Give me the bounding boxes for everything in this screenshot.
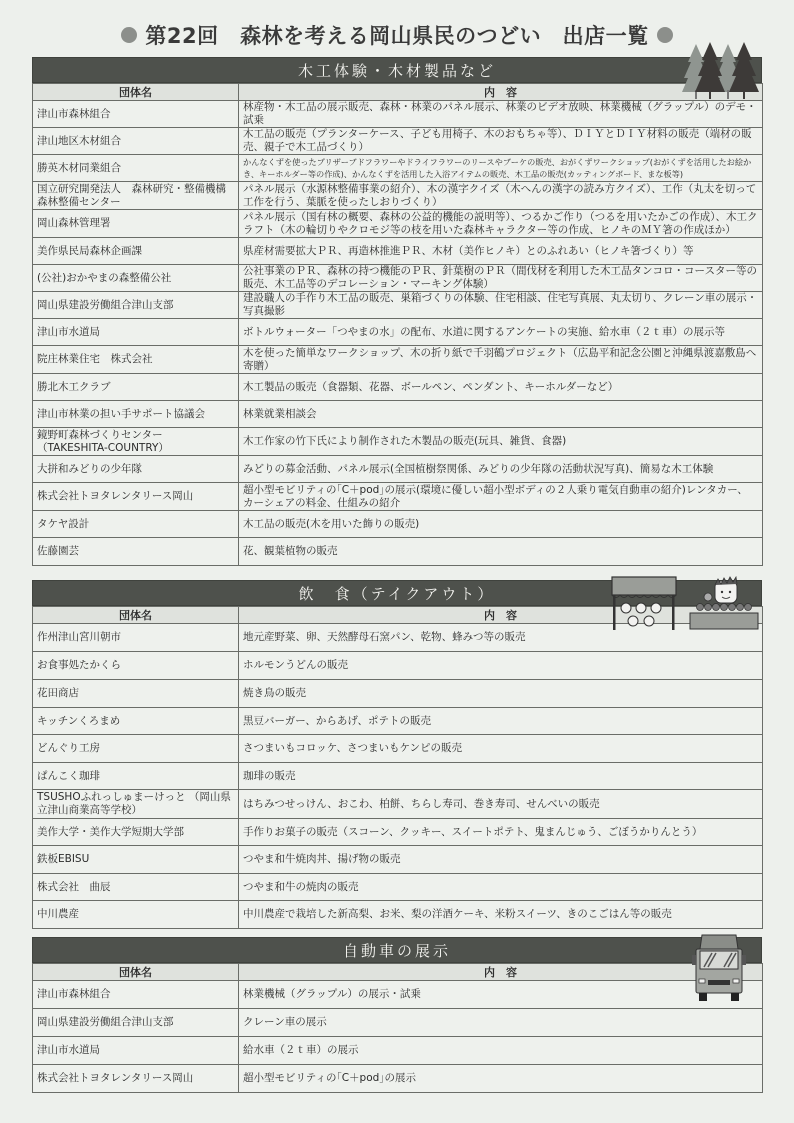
- column-header-content: 内 容: [239, 964, 763, 981]
- exhibitor-content: パネル展示（水源林整備事業の紹介）、木の漢字クイズ（木へんの漢字の読み方クイズ）…: [239, 182, 763, 210]
- trees-illustration: [680, 42, 760, 100]
- exhibitor-table: 団体名 内 容 作州津山宮川朝市地元産野菜、卵、天然酵母石窯パン、乾物、蜂みつ等…: [32, 606, 763, 929]
- table-row: 津山市水道局ボトルウォーター「つやまの水」の配布、水道に関するアンケートの実施、…: [33, 319, 763, 346]
- exhibitor-content: ホルモンうどんの販売: [239, 652, 763, 680]
- exhibitor-content: ボトルウォーター「つやまの水」の配布、水道に関するアンケートの実施、給水車（２ｔ…: [239, 319, 763, 346]
- exhibitor-content: 林産物・木工品の展示販売、森林・林業のパネル展示、林業のビデオ放映、林業機械（グ…: [239, 101, 763, 128]
- table-row: 津山地区木材組合木工品の販売（プランターケース、子ども用椅子、木のおもちゃ等）、…: [33, 128, 763, 155]
- exhibitor-name: 津山市水道局: [33, 319, 239, 346]
- exhibitor-content: つやま和牛焼肉丼、揚げ物の販売: [239, 846, 763, 874]
- table-row: 株式会社 曲辰つやま和牛の焼肉の販売: [33, 874, 763, 901]
- section-vehicle-exhibit: 自動車の展示 団体名 内 容 津山市森林組合林業機械（グラップル）の展示・試乗 …: [32, 937, 762, 1093]
- table-row: 美作大学・美作大学短期大学部手作りお菓子の販売（スコーン、クッキー、スイートポテ…: [33, 819, 763, 846]
- exhibitor-content: 花、観葉植物の販売: [239, 538, 763, 566]
- table-row: 院庄林業住宅 株式会社木を使った簡単なワークショップ、木の折り紙で千羽鶴プロジェ…: [33, 346, 763, 374]
- exhibitor-content: 超小型モビリティの｢C＋pod｣の展示(環境に優しい超小型ボディの２人乗り電気自…: [239, 483, 763, 511]
- exhibitor-name: 株式会社トヨタレンタリース岡山: [33, 483, 239, 511]
- exhibitor-name: どんぐり工房: [33, 735, 239, 763]
- section-heading: 木工体験・木材製品など: [32, 57, 762, 83]
- truck-illustration: [692, 933, 750, 1003]
- exhibitor-content: 給水車（２ｔ車）の展示: [239, 1037, 763, 1065]
- exhibitor-name: 美作県民局森林企画課: [33, 238, 239, 265]
- exhibitor-content: つやま和牛の焼肉の販売: [239, 874, 763, 901]
- exhibitor-content: 木工作家の竹下氏により制作された木製品の販売(玩具、雑貨、食器): [239, 428, 763, 456]
- exhibitor-content: 手作りお菓子の販売（スコーン、クッキー、スイートポテト、鬼まんじゅう、ごぼうかり…: [239, 819, 763, 846]
- exhibitor-name: 勝北木工クラブ: [33, 374, 239, 401]
- exhibitor-content: 珈琲の販売: [239, 763, 763, 790]
- exhibitor-name: 津山地区木材組合: [33, 128, 239, 155]
- exhibitor-name: 津山市森林組合: [33, 981, 239, 1009]
- table-row: 株式会社トヨタレンタリース岡山超小型モビリティの｢C＋pod｣の展示: [33, 1065, 763, 1093]
- exhibitor-table: 団体名 内 容 津山市森林組合林業機械（グラップル）の展示・試乗 岡山県建設労働…: [32, 963, 763, 1093]
- exhibitor-name: 津山市林業の担い手サポート協議会: [33, 401, 239, 428]
- exhibitor-name: 花田商店: [33, 680, 239, 708]
- table-row: 津山市森林組合林産物・木工品の展示販売、森林・林業のパネル展示、林業のビデオ放映…: [33, 101, 763, 128]
- exhibitor-name: ぱんこく珈琲: [33, 763, 239, 790]
- table-row: 勝英木材同業組合かんなくずを使ったプリザーブドフラワーやドライフラワーのリースや…: [33, 155, 763, 182]
- table-row: 勝北木工クラブ木工製品の販売（食器類、花器、ボールペン、ペンダント、キーホルダー…: [33, 374, 763, 401]
- exhibitor-name: キッチンくろまめ: [33, 708, 239, 735]
- exhibitor-name: タケヤ設計: [33, 511, 239, 538]
- exhibitor-content: 黒豆バーガー、からあげ、ポテトの販売: [239, 708, 763, 735]
- exhibitor-content: 木工品の販売(木を用いた飾りの販売): [239, 511, 763, 538]
- exhibitor-content: 公社事業のＰＲ、森林の持つ機能のＰＲ、針葉樹のＰＲ（間伐材を利用した木工品タンコ…: [239, 265, 763, 292]
- exhibitor-content: さつまいもコロッケ、さつまいもケンピの販売: [239, 735, 763, 763]
- exhibitor-name: 岡山森林管理署: [33, 210, 239, 238]
- table-row: 鉄板EBISUつやま和牛焼肉丼、揚げ物の販売: [33, 846, 763, 874]
- exhibitor-content: 木を使った簡単なワークショップ、木の折り紙で千羽鶴プロジェクト（広島平和記念公園…: [239, 346, 763, 374]
- exhibitor-content: 木工品の販売（プランターケース、子ども用椅子、木のおもちゃ等）、ＤＩＹとＤＩＹ材…: [239, 128, 763, 155]
- table-row: 岡山県建設労働組合津山支部クレーン車の展示: [33, 1009, 763, 1037]
- exhibitor-name: お食事処たかくら: [33, 652, 239, 680]
- table-row: どんぐり工房さつまいもコロッケ、さつまいもケンピの販売: [33, 735, 763, 763]
- exhibitor-content: かんなくずを使ったプリザーブドフラワーやドライフラワーのリースやブーケの販売、お…: [239, 155, 763, 182]
- table-row: 花田商店焼き鳥の販売: [33, 680, 763, 708]
- table-row: お食事処たかくらホルモンうどんの販売: [33, 652, 763, 680]
- exhibitor-name: 中川農産: [33, 901, 239, 929]
- table-row: タケヤ設計木工品の販売(木を用いた飾りの販売): [33, 511, 763, 538]
- exhibitor-content: 林業就業相談会: [239, 401, 763, 428]
- exhibitor-name: 鉄板EBISU: [33, 846, 239, 874]
- table-row: TSUSHOふれっしゅまーけっと （岡山県立津山商業高等学校）はちみつせっけん、…: [33, 790, 763, 819]
- table-row: 鏡野町森林づくりセンター （TAKESHITA-COUNTRY）木工作家の竹下氏…: [33, 428, 763, 456]
- table-header-row: 団体名 内 容: [33, 964, 763, 981]
- exhibitor-name: 作州津山宮川朝市: [33, 624, 239, 652]
- table-row: キッチンくろまめ黒豆バーガー、からあげ、ポテトの販売: [33, 708, 763, 735]
- exhibitor-name: 佐藤園芸: [33, 538, 239, 566]
- table-row: 岡山森林管理署パネル展示（国有林の概要、森林の公益的機能の説明等）、つるかご作り…: [33, 210, 763, 238]
- exhibitor-name: 鏡野町森林づくりセンター （TAKESHITA-COUNTRY）: [33, 428, 239, 456]
- column-header-name: 団体名: [33, 607, 239, 624]
- exhibitor-name: 津山市水道局: [33, 1037, 239, 1065]
- exhibitor-name: TSUSHOふれっしゅまーけっと （岡山県立津山商業高等学校）: [33, 790, 239, 819]
- table-row: 津山市森林組合林業機械（グラップル）の展示・試乗: [33, 981, 763, 1009]
- table-row: 津山市林業の担い手サポート協議会林業就業相談会: [33, 401, 763, 428]
- exhibitor-name: 美作大学・美作大学短期大学部: [33, 819, 239, 846]
- exhibitor-name: 岡山県建設労働組合津山支部: [33, 292, 239, 319]
- section-woodworking: 木工体験・木材製品など 団体名 内 容 津山市森林組合林産物・木工品の展示販売、…: [32, 57, 762, 566]
- table-row: 中川農産中川農産で栽培した新高梨、お米、梨の洋酒ケーキ、米粉スイーツ、きのこごは…: [33, 901, 763, 929]
- exhibitor-content: 中川農産で栽培した新高梨、お米、梨の洋酒ケーキ、米粉スイーツ、きのこごはん等の販…: [239, 901, 763, 929]
- exhibitor-name: 株式会社 曲辰: [33, 874, 239, 901]
- exhibitor-name: 岡山県建設労働組合津山支部: [33, 1009, 239, 1037]
- bullet-circle-icon: [121, 27, 137, 43]
- exhibitor-name: (公社)おかやまの森整備公社: [33, 265, 239, 292]
- table-row: 佐藤園芸花、観葉植物の販売: [33, 538, 763, 566]
- exhibitor-content: 木工製品の販売（食器類、花器、ボールペン、ペンダント、キーホルダーなど）: [239, 374, 763, 401]
- table-header-row: 団体名 内 容: [33, 84, 763, 101]
- exhibitor-name: 院庄林業住宅 株式会社: [33, 346, 239, 374]
- bullet-circle-icon: [657, 27, 673, 43]
- column-header-name: 団体名: [33, 84, 239, 101]
- exhibitor-content: 焼き鳥の販売: [239, 680, 763, 708]
- exhibitor-name: 国立研究開発法人 森林研究・整備機構 森林整備センター: [33, 182, 239, 210]
- food-stall-illustration: [610, 575, 762, 631]
- page-title-text: 第22回 森林を考える岡山県民のつどい 出店一覧: [145, 20, 648, 50]
- table-row: ぱんこく珈琲珈琲の販売: [33, 763, 763, 790]
- exhibitor-content: はちみつせっけん、おこわ、柏餅、ちらし寿司、巻き寿司、せんべいの販売: [239, 790, 763, 819]
- table-row: 美作県民局森林企画課県産材需要拡大ＰＲ、再造林推進ＰＲ、木材（美作ヒノキ）とのふ…: [33, 238, 763, 265]
- section-heading: 自動車の展示: [32, 937, 762, 963]
- exhibitor-table: 団体名 内 容 津山市森林組合林産物・木工品の展示販売、森林・林業のパネル展示、…: [32, 83, 763, 566]
- exhibitor-content: クレーン車の展示: [239, 1009, 763, 1037]
- column-header-name: 団体名: [33, 964, 239, 981]
- section-food-takeout: 飲 食（テイクアウト） 団体名 内 容 作州津山宮川朝市地元産野菜、卵、天然酵母…: [32, 580, 762, 929]
- table-row: (公社)おかやまの森整備公社公社事業のＰＲ、森林の持つ機能のＰＲ、針葉樹のＰＲ（…: [33, 265, 763, 292]
- exhibitor-name: 勝英木材同業組合: [33, 155, 239, 182]
- table-row: 岡山県建設労働組合津山支部建設職人の手作り木工品の販売、巣箱づくりの体験、住宅相…: [33, 292, 763, 319]
- table-row: 大拼和みどりの少年隊みどりの募金活動、パネル展示(全国植樹祭関係、みどりの少年隊…: [33, 456, 763, 483]
- exhibitor-name: 大拼和みどりの少年隊: [33, 456, 239, 483]
- table-row: 津山市水道局給水車（２ｔ車）の展示: [33, 1037, 763, 1065]
- exhibitor-name: 津山市森林組合: [33, 101, 239, 128]
- exhibitor-content: 県産材需要拡大ＰＲ、再造林推進ＰＲ、木材（美作ヒノキ）とのふれあい（ヒノキ箸づく…: [239, 238, 763, 265]
- exhibitor-content: みどりの募金活動、パネル展示(全国植樹祭関係、みどりの少年隊の活動状況写真)、簡…: [239, 456, 763, 483]
- exhibitor-content: 林業機械（グラップル）の展示・試乗: [239, 981, 763, 1009]
- table-row: 国立研究開発法人 森林研究・整備機構 森林整備センターパネル展示（水源林整備事業…: [33, 182, 763, 210]
- exhibitor-content: 建設職人の手作り木工品の販売、巣箱づくりの体験、住宅相談、住宅写真展、丸太切り、…: [239, 292, 763, 319]
- exhibitor-content: 超小型モビリティの｢C＋pod｣の展示: [239, 1065, 763, 1093]
- exhibitor-content: パネル展示（国有林の概要、森林の公益的機能の説明等）、つるかご作り（つるを用いた…: [239, 210, 763, 238]
- exhibitor-name: 株式会社トヨタレンタリース岡山: [33, 1065, 239, 1093]
- table-row: 株式会社トヨタレンタリース岡山超小型モビリティの｢C＋pod｣の展示(環境に優し…: [33, 483, 763, 511]
- page-title: 第22回 森林を考える岡山県民のつどい 出店一覧: [0, 18, 794, 52]
